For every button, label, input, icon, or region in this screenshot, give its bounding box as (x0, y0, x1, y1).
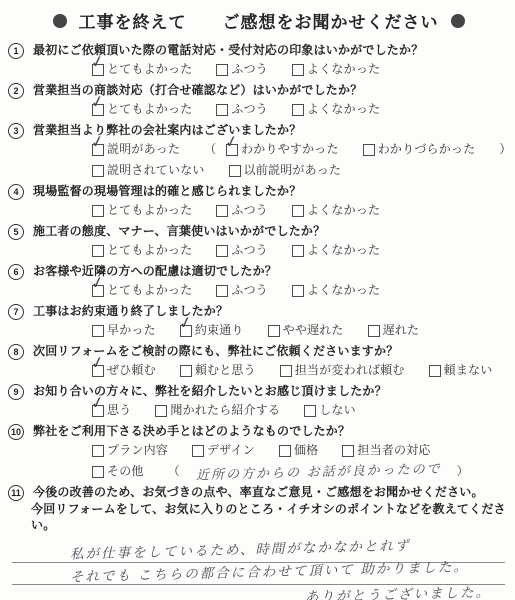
question-list: 1最初にご依頼頂いた際の電話対応・受付対応の印象はいかがでしたか？✓とてもよかっ… (8, 42, 509, 533)
option-row: その他（近所の方からの お話が良かったので） (8, 463, 509, 480)
question-block: 8次回リフォームをご検討の際にも、弊社にご依頼くださいますか？✓ぜひ頼む頼むと思… (8, 343, 509, 379)
survey-option[interactable]: とてもよかった (92, 242, 192, 259)
question-block: 11今後の改善のため、お気づきの点や、率直なご意見・ご感想をお聞かせください。今… (8, 484, 509, 533)
question-number: 6 (8, 264, 24, 280)
question-number: 9 (8, 384, 24, 400)
option-row: とてもよかったふつうよくなかった (8, 242, 509, 259)
option-label: 早かった (107, 322, 156, 339)
survey-option[interactable]: とてもよかった (92, 202, 192, 219)
question-text: 弊社をご利用下さる決め手とはどのようなものでしたか？ (33, 423, 350, 440)
option-label: よくなかった (307, 101, 380, 118)
option-label: 担当者の対応 (357, 442, 430, 459)
question-number: 5 (8, 224, 24, 240)
checkbox[interactable] (216, 245, 228, 257)
option-label: 頼まない (444, 362, 493, 379)
question-text: 施工者の態度、マナー、言葉使いはいかがでしたか？ (33, 223, 325, 240)
option-label: ふつう (231, 61, 268, 78)
checkbox[interactable]: ✓ (180, 325, 192, 337)
question-number: 10 (8, 424, 24, 440)
survey-option[interactable]: よくなかった (292, 282, 380, 299)
checkbox[interactable]: ✓ (92, 365, 104, 377)
question-line: 10弊社をご利用下さる決め手とはどのようなものでしたか？ (8, 423, 509, 440)
option-row: ✓説明があった（✓わかりやすかったわかりづらかった） (8, 141, 509, 158)
checkbox[interactable] (363, 144, 375, 156)
question-text: お客様や近隣の方への配慮は適切でしたか？ (33, 263, 277, 280)
option-row: とてもよかったふつうよくなかった (8, 202, 509, 219)
checkbox[interactable] (92, 165, 104, 177)
question-text: 次回リフォームをご検討の際にも、弊社にご依頼くださいますか？ (33, 343, 398, 360)
survey-option[interactable]: 聞かれたら紹介する (155, 402, 280, 419)
checkbox[interactable] (292, 104, 304, 116)
question-block: 6お客様や近隣の方への配慮は適切でしたか？✓とてもよかったふつうよくなかった (8, 263, 509, 299)
checkbox[interactable] (92, 445, 104, 457)
question-line: 6お客様や近隣の方への配慮は適切でしたか？ (8, 263, 509, 280)
survey-option[interactable]: ✓わかりやすかった (226, 141, 339, 158)
checkbox[interactable] (229, 165, 241, 177)
survey-option[interactable]: よくなかった (292, 242, 380, 259)
option-label: その他 (107, 463, 144, 480)
question-line: 1最初にご依頼頂いた際の電話対応・受付対応の印象はいかがでしたか？ (8, 42, 509, 59)
survey-option[interactable]: プラン内容 (92, 442, 168, 459)
question-line: 9お知り合いの方々に、弊社を紹介したいとお感じ頂けましたか？ (8, 383, 509, 400)
option-label: わかりやすかった (241, 141, 339, 158)
question-block: 4現場監督の現場管理は的確と感じられましたか？とてもよかったふつうよくなかった (8, 183, 509, 219)
survey-option[interactable]: わかりづらかった (363, 141, 476, 158)
option-label: 遅れた (383, 322, 420, 339)
option-label: よくなかった (307, 61, 380, 78)
checkbox[interactable] (292, 245, 304, 257)
handwritten-comment: ありがとうございました。 (305, 583, 491, 600)
option-label: 頼むと思う (195, 362, 256, 379)
checkbox[interactable]: ✓ (92, 144, 104, 156)
option-label: 思う (107, 402, 131, 419)
option-label: ふつう (231, 242, 268, 259)
comment-line[interactable]: ありがとうございました。 (12, 585, 505, 600)
checkbox[interactable] (292, 205, 304, 217)
checkbox[interactable] (180, 365, 192, 377)
checkbox[interactable] (192, 445, 204, 457)
question-block: 9お知り合いの方々に、弊社を紹介したいとお感じ頂けましたか？✓思う聞かれたら紹介… (8, 383, 509, 419)
comment-line[interactable]: それでも こちらの都合に合わせて頂いて 助かりました。 (12, 563, 505, 585)
option-label: とてもよかった (107, 61, 192, 78)
option-row: 説明されていない以前説明があった (8, 162, 509, 179)
option-label: やや遅れた (283, 322, 344, 339)
survey-option[interactable]: ふつう (216, 202, 268, 219)
survey-option[interactable]: ふつう (216, 282, 268, 299)
survey-option[interactable]: 価格 (279, 442, 318, 459)
survey-option[interactable]: ✓ぜひ頼む (92, 362, 156, 379)
question-text: 最初にご依頼頂いた際の電話対応・受付対応の印象はいかがでしたか？ (33, 42, 423, 59)
checkbox[interactable]: ✓ (92, 405, 104, 417)
option-label: 以前説明があった (244, 162, 341, 179)
checkbox[interactable] (279, 445, 291, 457)
handwritten-answer: 近所の方からの お話が良かったので (195, 460, 450, 484)
option-label: しない (319, 402, 356, 419)
checkbox[interactable] (429, 365, 441, 377)
question-number: 1 (8, 43, 24, 59)
checkbox[interactable] (292, 285, 304, 297)
checkbox[interactable] (155, 405, 167, 417)
option-label: よくなかった (307, 242, 380, 259)
option-label: とてもよかった (107, 202, 192, 219)
question-number: 2 (8, 83, 24, 99)
paren-text: ） (499, 141, 511, 158)
option-label: とてもよかった (107, 101, 192, 118)
question-line: 11今後の改善のため、お気づきの点や、率直なご意見・ご感想をお聞かせください。 (8, 484, 509, 501)
question-line: 4現場監督の現場管理は的確と感じられましたか？ (8, 183, 509, 200)
option-row: プラン内容デザイン価格担当者の対応 (8, 442, 509, 459)
question-line: 2営業担当の商談対応（打合せ確認など）はいかがでしたか？ (8, 82, 509, 99)
survey-option[interactable]: やや遅れた (268, 322, 344, 339)
question-number: 7 (8, 304, 24, 320)
option-row: ✓とてもよかったふつうよくなかった (8, 61, 509, 78)
checkbox[interactable] (92, 466, 104, 478)
option-label: デザイン (207, 442, 255, 459)
question-line: 7工事はお約束通り終了しましたか？ (8, 303, 509, 320)
checkbox[interactable] (216, 205, 228, 217)
survey-option[interactable]: ✓説明があった (92, 141, 180, 158)
option-label: わかりづらかった (378, 141, 476, 158)
survey-option[interactable]: ふつう (216, 242, 268, 259)
question-block: 5施工者の態度、マナー、言葉使いはいかがでしたか？とてもよかったふつうよくなかっ… (8, 223, 509, 259)
checkbox[interactable] (304, 405, 316, 417)
survey-option[interactable]: 遅れた (368, 322, 420, 339)
survey-option[interactable]: 早かった (92, 322, 156, 339)
question-line: 3営業担当より弊社の会社案内はございましたか？ (8, 122, 509, 139)
survey-option[interactable]: よくなかった (292, 61, 380, 78)
bullet-icon (451, 14, 465, 28)
option-label: よくなかった (307, 202, 380, 219)
survey-option[interactable]: ✓とてもよかった (92, 61, 192, 78)
survey-option[interactable]: ✓思う (92, 402, 131, 419)
checkbox[interactable]: ✓ (92, 104, 104, 116)
survey-option[interactable]: ✓約束通り (180, 322, 244, 339)
question-line: 8次回リフォームをご検討の際にも、弊社にご依頼くださいますか？ (8, 343, 509, 360)
question-block: 7工事はお約束通り終了しましたか？早かった✓約束通りやや遅れた遅れた (8, 303, 509, 339)
survey-option[interactable]: よくなかった (292, 202, 380, 219)
question-number: 8 (8, 344, 24, 360)
survey-option[interactable]: ふつう (216, 101, 268, 118)
free-comment-area[interactable]: 私が仕事をしているため、時間がなかなかとれず それでも こちらの都合に合わせて頂… (12, 541, 505, 600)
option-row: ✓とてもよかったふつうよくなかった (8, 282, 509, 299)
question-line: 5施工者の態度、マナー、言葉使いはいかがでしたか？ (8, 223, 509, 240)
option-label: 約束通り (195, 322, 244, 339)
option-label: とてもよかった (107, 282, 192, 299)
survey-option[interactable]: しない (304, 402, 356, 419)
question-block: 3営業担当より弊社の会社案内はございましたか？✓説明があった（✓わかりやすかった… (8, 122, 509, 179)
option-label: ふつう (231, 202, 268, 219)
question-text: 現場監督の現場管理は的確と感じられましたか？ (33, 183, 301, 200)
question-text: 営業担当の商談対応（打合せ確認など）はいかがでしたか？ (33, 82, 362, 99)
question-number: 11 (8, 485, 24, 501)
paren-text: （ (168, 463, 180, 480)
survey-option[interactable]: デザイン (192, 442, 255, 459)
paren-text: （ (204, 141, 216, 158)
question-text-line2: 今回リフォームをして、お気に入りのところ・イチオシのポイントなどを教えてください… (8, 501, 509, 533)
survey-option[interactable]: ✓とてもよかった (92, 282, 192, 299)
option-row: 早かった✓約束通りやや遅れた遅れた (8, 322, 509, 339)
survey-option[interactable]: ふつう (216, 61, 268, 78)
checkbox[interactable] (216, 104, 228, 116)
checkbox[interactable] (268, 325, 280, 337)
checkbox[interactable]: ✓ (92, 64, 104, 76)
checkbox[interactable] (368, 325, 380, 337)
survey-option[interactable]: 説明されていない (92, 162, 205, 179)
option-label: 説明があった (107, 141, 180, 158)
checkbox[interactable]: ✓ (226, 144, 238, 156)
option-label: 価格 (294, 442, 318, 459)
question-text: お知り合いの方々に、弊社を紹介したいとお感じ頂けましたか？ (33, 383, 387, 400)
bullet-icon (53, 14, 67, 28)
question-text: 今後の改善のため、お気づきの点や、率直なご意見・ご感想をお聞かせください。 (33, 484, 484, 501)
checkbox[interactable] (216, 285, 228, 297)
paren-text: ） (457, 463, 469, 480)
checkbox[interactable] (292, 64, 304, 76)
question-block: 10弊社をご利用下さる決め手とはどのようなものでしたか？プラン内容デザイン価格担… (8, 423, 509, 480)
form-title: 工事を終えて ご感想をお聞かせください (79, 8, 439, 33)
question-number: 3 (8, 123, 24, 139)
option-label: プラン内容 (107, 442, 168, 459)
question-text: 工事はお約束通り終了しましたか？ (33, 303, 228, 320)
option-row: ✓思う聞かれたら紹介するしない (8, 402, 509, 419)
form-title-row: 工事を終えて ご感想をお聞かせください (8, 8, 509, 33)
option-label: 担当が変われば頼む (295, 362, 405, 379)
survey-option[interactable]: 担当が変われば頼む (280, 362, 405, 379)
question-block: 1最初にご依頼頂いた際の電話対応・受付対応の印象はいかがでしたか？✓とてもよかっ… (8, 42, 509, 78)
checkbox[interactable] (92, 245, 104, 257)
question-number: 4 (8, 184, 24, 200)
option-label: 聞かれたら紹介する (170, 402, 280, 419)
survey-option[interactable]: 以前説明があった (229, 162, 341, 179)
option-label: ぜひ頼む (107, 362, 156, 379)
option-label: ふつう (231, 101, 268, 118)
survey-option[interactable]: よくなかった (292, 101, 380, 118)
option-row: ✓ぜひ頼む頼むと思う担当が変われば頼む頼まない (8, 362, 509, 379)
survey-option[interactable]: その他 (92, 463, 144, 480)
checkbox[interactable] (92, 325, 104, 337)
option-label: ふつう (231, 282, 268, 299)
option-label: とてもよかった (107, 242, 192, 259)
option-row: ✓とてもよかったふつうよくなかった (8, 101, 509, 118)
survey-option[interactable]: 頼むと思う (180, 362, 256, 379)
checkbox[interactable] (342, 445, 354, 457)
checkbox[interactable]: ✓ (92, 285, 104, 297)
survey-option[interactable]: 担当者の対応 (342, 442, 430, 459)
survey-option[interactable]: ✓とてもよかった (92, 101, 192, 118)
checkbox[interactable] (92, 205, 104, 217)
question-text: 営業担当より弊社の会社案内はございましたか？ (33, 122, 301, 139)
checkbox[interactable] (216, 64, 228, 76)
option-label: よくなかった (307, 282, 380, 299)
question-block: 2営業担当の商談対応（打合せ確認など）はいかがでしたか？✓とてもよかったふつうよ… (8, 82, 509, 118)
option-label: 説明されていない (107, 162, 205, 179)
survey-option[interactable]: 頼まない (429, 362, 493, 379)
checkbox[interactable] (280, 365, 292, 377)
